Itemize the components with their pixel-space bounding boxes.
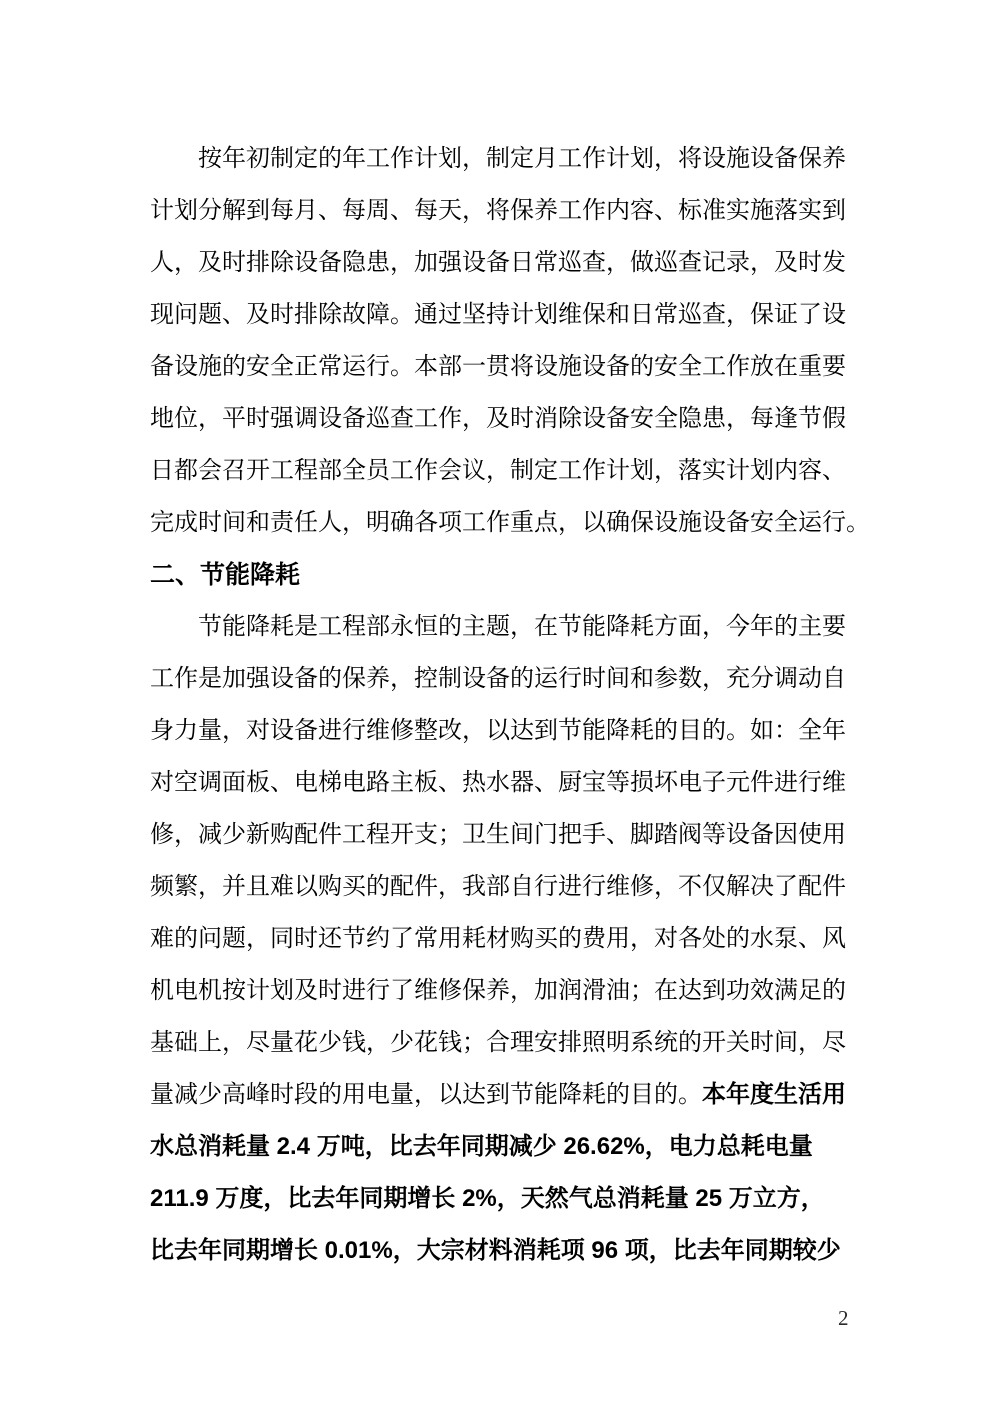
text-segment: 对空调面板、电梯电路主板、热水器、厨宝等损坏电子元件进行维 <box>150 769 846 796</box>
text-line: 计划分解到每月、每周、每天，将保养工作内容、标准实施落实到 <box>150 185 860 237</box>
text-segment: 身力量，对设备进行维修整改，以达到节能降耗的目的。如：全年 <box>150 717 846 744</box>
text-segment: 频繁，并且难以购买的配件，我部自行进行维修，不仅解决了配件 <box>150 873 846 900</box>
text-segment: 现问题、及时排除故障。通过坚持计划维保和日常巡查，保证了设 <box>150 301 846 328</box>
text-line: 备设施的安全正常运行。本部一贯将设施设备的安全工作放在重要 <box>150 341 860 393</box>
text-segment: 备设施的安全正常运行。本部一贯将设施设备的安全工作放在重要 <box>150 353 846 380</box>
text-segment: 按年初制定的年工作计划，制定月工作计划，将设施设备保养 <box>198 145 846 172</box>
text-segment: 211.9 万度，比去年同期增长 2%，天然气总消耗量 25 万立方， <box>150 1185 825 1212</box>
text-line: 比去年同期增长 0.01%，大宗材料消耗项 96 项，比去年同期较少 <box>150 1225 860 1277</box>
text-line: 按年初制定的年工作计划，制定月工作计划，将设施设备保养 <box>150 133 860 185</box>
text-segment: 比去年同期增长 0.01%，大宗材料消耗项 96 项，比去年同期较少 <box>150 1237 841 1264</box>
text-line: 现问题、及时排除故障。通过坚持计划维保和日常巡查，保证了设 <box>150 289 860 341</box>
text-line: 人，及时排除设备隐患，加强设备日常巡查，做巡查记录，及时发 <box>150 237 860 289</box>
text-segment: 人，及时排除设备隐患，加强设备日常巡查，做巡查记录，及时发 <box>150 249 846 276</box>
text-line: 机电机按计划及时进行了维修保养，加润滑油；在达到功效满足的 <box>150 965 860 1017</box>
text-line: 211.9 万度，比去年同期增长 2%，天然气总消耗量 25 万立方， <box>150 1173 860 1225</box>
text-line: 水总消耗量 2.4 万吨，比去年同期减少 26.62%，电力总耗电量 <box>150 1121 860 1173</box>
text-segment: 二、节能降耗 <box>150 561 300 589</box>
text-segment: 机电机按计划及时进行了维修保养，加润滑油；在达到功效满足的 <box>150 977 846 1004</box>
text-line: 修，减少新购配件工程开支；卫生间门把手、脚踏阀等设备因使用 <box>150 809 860 861</box>
text-segment: 完成时间和责任人，明确各项工作重点，以确保设施设备安全运行。 <box>150 509 870 536</box>
page-number: 2 <box>838 1306 849 1331</box>
text-line: 难的问题，同时还节约了常用耗材购买的费用，对各处的水泵、风 <box>150 913 860 965</box>
text-line: 完成时间和责任人，明确各项工作重点，以确保设施设备安全运行。 <box>150 497 860 549</box>
text-line: 节能降耗是工程部永恒的主题，在节能降耗方面，今年的主要 <box>150 601 860 653</box>
text-segment: 基础上，尽量花少钱，少花钱；合理安排照明系统的开关时间，尽 <box>150 1029 846 1056</box>
text-segment: 节能降耗是工程部永恒的主题，在节能降耗方面，今年的主要 <box>198 613 846 640</box>
document-page: 按年初制定的年工作计划，制定月工作计划，将设施设备保养计划分解到每月、每周、每天… <box>0 0 1000 1415</box>
text-segment: 本年度生活用 <box>702 1081 846 1108</box>
text-line: 日都会召开工程部全员工作会议，制定工作计划，落实计划内容、 <box>150 445 860 497</box>
document-body: 按年初制定的年工作计划，制定月工作计划，将设施设备保养计划分解到每月、每周、每天… <box>150 133 860 1277</box>
text-segment: 量减少高峰时段的用电量，以达到节能降耗的目的。 <box>150 1081 702 1108</box>
text-segment: 工作是加强设备的保养，控制设备的运行时间和参数，充分调动自 <box>150 665 846 692</box>
text-line: 工作是加强设备的保养，控制设备的运行时间和参数，充分调动自 <box>150 653 860 705</box>
text-segment: 计划分解到每月、每周、每天，将保养工作内容、标准实施落实到 <box>150 197 846 224</box>
text-segment: 地位，平时强调设备巡查工作，及时消除设备安全隐患，每逢节假 <box>150 405 846 432</box>
text-segment: 水总消耗量 2.4 万吨，比去年同期减少 26.62%，电力总耗电量 <box>150 1133 813 1160</box>
text-line: 基础上，尽量花少钱，少花钱；合理安排照明系统的开关时间，尽 <box>150 1017 860 1069</box>
text-segment: 日都会召开工程部全员工作会议，制定工作计划，落实计划内容、 <box>150 457 846 484</box>
text-line: 地位，平时强调设备巡查工作，及时消除设备安全隐患，每逢节假 <box>150 393 860 445</box>
text-line: 量减少高峰时段的用电量，以达到节能降耗的目的。本年度生活用 <box>150 1069 860 1121</box>
text-line: 身力量，对设备进行维修整改，以达到节能降耗的目的。如：全年 <box>150 705 860 757</box>
text-line: 对空调面板、电梯电路主板、热水器、厨宝等损坏电子元件进行维 <box>150 757 860 809</box>
text-segment: 修，减少新购配件工程开支；卫生间门把手、脚踏阀等设备因使用 <box>150 821 846 848</box>
section-heading: 二、节能降耗 <box>150 549 860 601</box>
text-line: 频繁，并且难以购买的配件，我部自行进行维修，不仅解决了配件 <box>150 861 860 913</box>
text-segment: 难的问题，同时还节约了常用耗材购买的费用，对各处的水泵、风 <box>150 925 846 952</box>
